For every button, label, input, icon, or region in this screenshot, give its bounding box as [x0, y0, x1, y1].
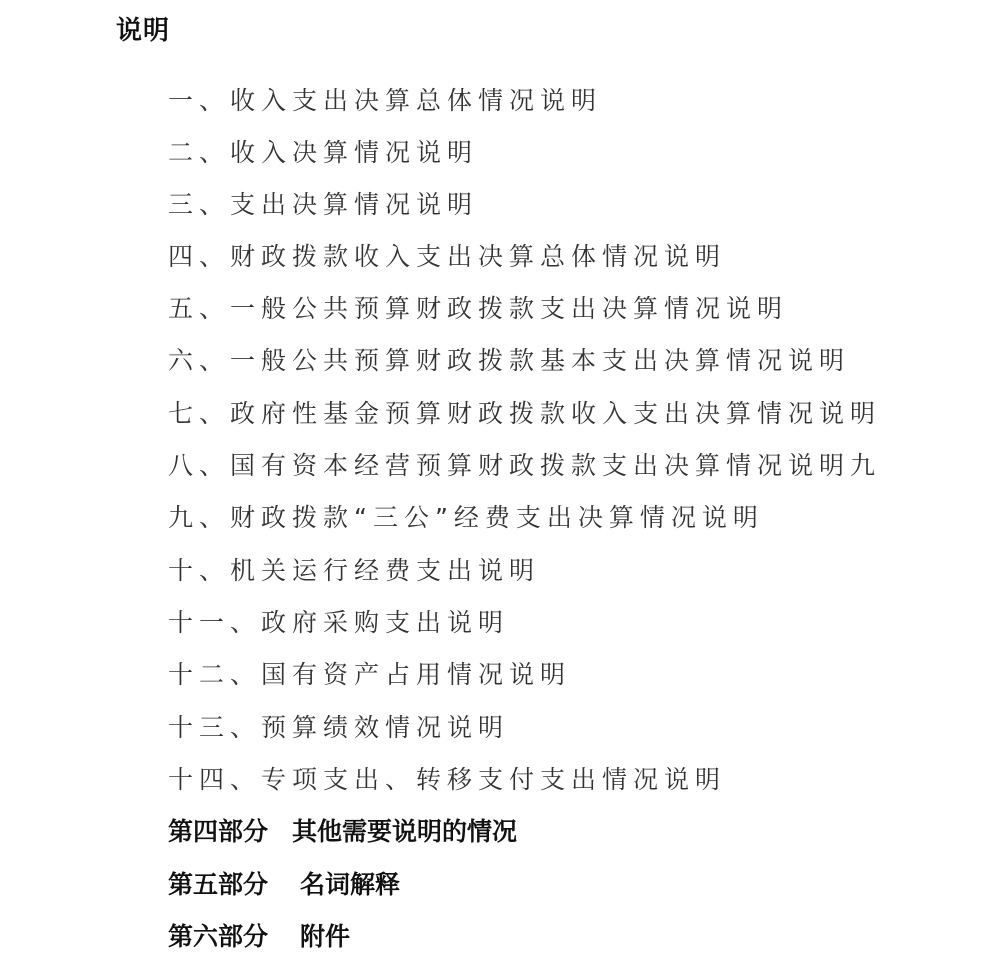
toc-item-5: 五、一般公共预算财政拨款支出决算情况说明 [168, 294, 788, 324]
toc-item-9: 九、财政拨款“三公”经费支出决算情况说明 [168, 503, 764, 533]
toc-item-8: 八、国有资本经营预算财政拨款支出决算情况说明九 [168, 451, 881, 481]
toc-item-11: 十一、政府采购支出说明 [168, 608, 509, 638]
toc-item-4: 四、财政拨款收入支出决算总体情况说明 [168, 242, 726, 272]
section-heading: 说明 [116, 10, 170, 47]
part-title: 名词解释 [300, 870, 400, 899]
toc-item-6: 六、一般公共预算财政拨款基本支出决算情况说明 [168, 346, 850, 376]
toc-item-14: 十四、专项支出、转移支付支出情况说明 [168, 765, 726, 795]
toc-item-2: 二、收入决算情况说明 [168, 138, 478, 168]
toc-item-1: 一、收入支出决算总体情况说明 [168, 86, 602, 116]
part-number: 第四部分 [168, 817, 268, 846]
part-five: 第五部分名词解释 [168, 870, 400, 900]
toc-item-10: 十、机关运行经费支出说明 [168, 556, 540, 586]
part-number: 第六部分 [168, 922, 268, 951]
part-title: 附件 [300, 922, 350, 951]
toc-item-13: 十三、预算绩效情况说明 [168, 713, 509, 743]
part-four: 第四部分其他需要说明的情况 [168, 817, 517, 847]
toc-item-7: 七、政府性基金预算财政拨款收入支出决算情况说明 [168, 399, 881, 429]
toc-item-12: 十二、国有资产占用情况说明 [168, 660, 571, 690]
part-number: 第五部分 [168, 870, 268, 899]
part-six: 第六部分附件 [168, 922, 350, 952]
part-title: 其他需要说明的情况 [292, 817, 517, 846]
toc-item-3: 三、支出决算情况说明 [168, 190, 478, 220]
